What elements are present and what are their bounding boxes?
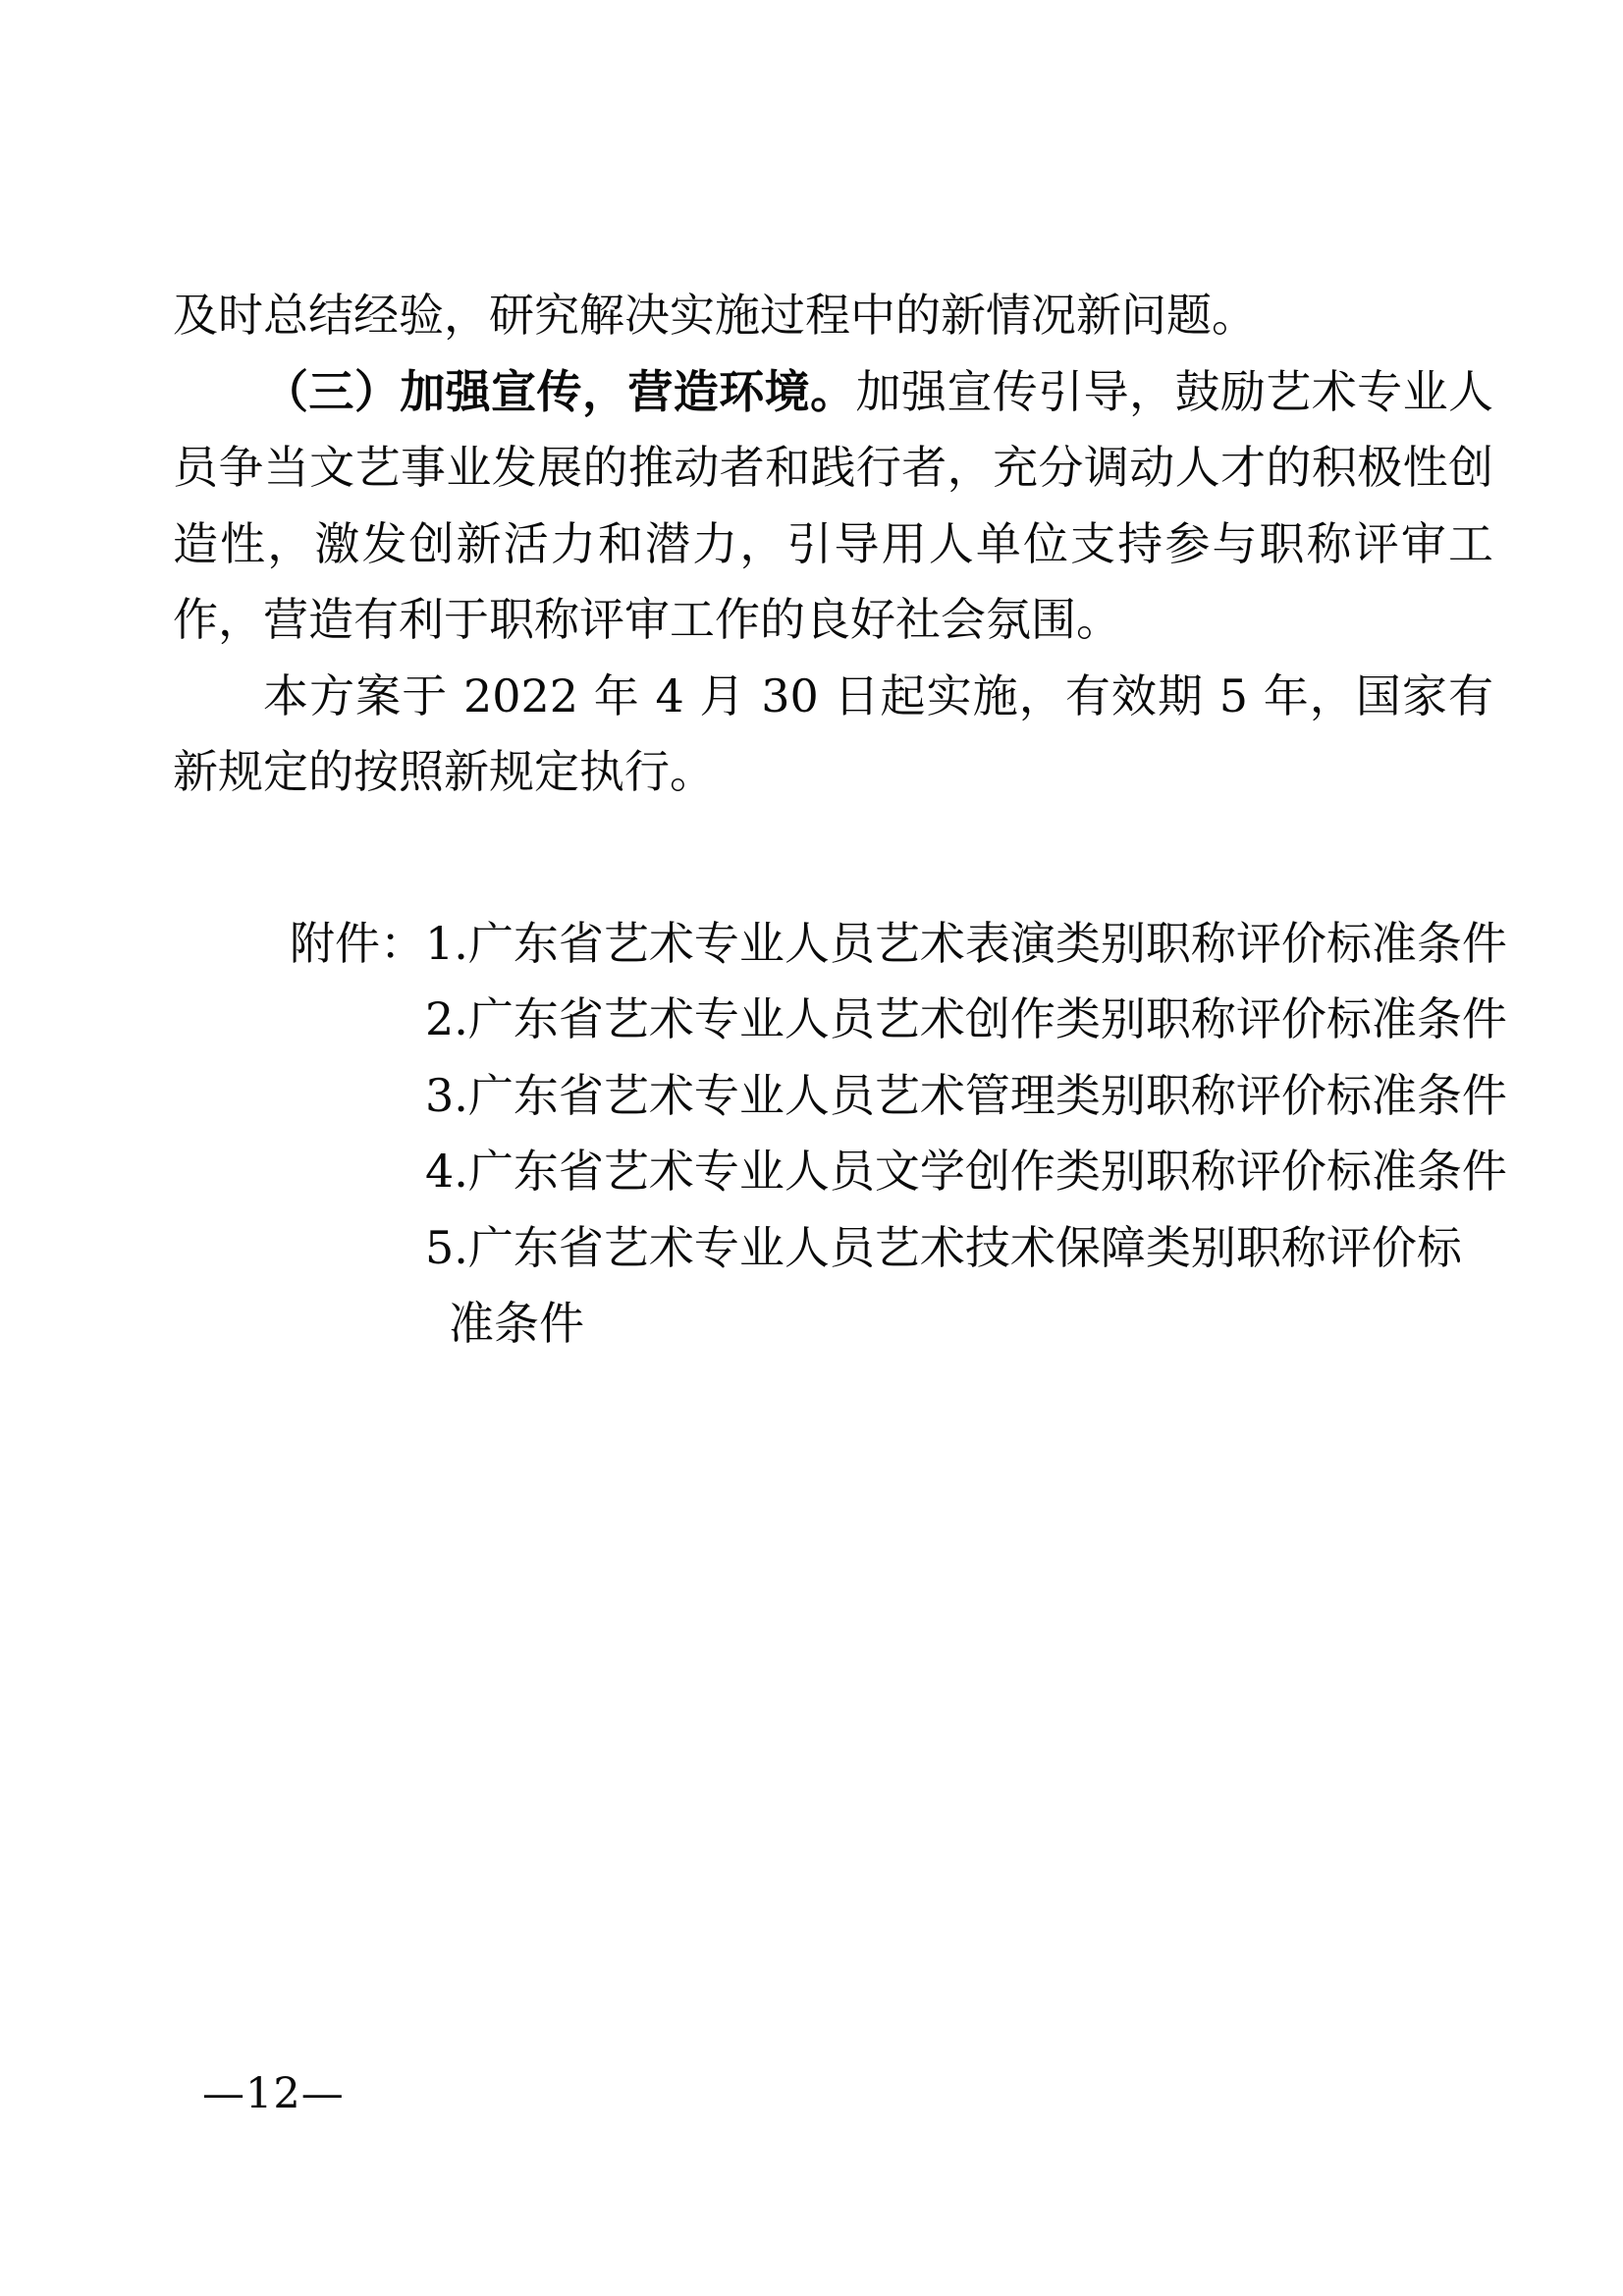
attachment-item-3: 3.广东省艺术专业人员艺术管理类别职称评价标准条件 <box>425 1058 1520 1135</box>
attachments-section: 附件： 1.广东省艺术专业人员艺术表演类别职称评价标准条件 2.广东省艺术专业人… <box>173 906 1493 1362</box>
document-page: 及时总结经验，研究解决实施过程中的新情况新问题。 （三）加强宣传，营造环境。加强… <box>0 0 1623 2296</box>
attachments-list: 1.广东省艺术专业人员艺术表演类别职称评价标准条件 2.广东省艺术专业人员艺术创… <box>425 906 1520 1362</box>
paragraph-conclusion-runover: 及时总结经验，研究解决实施过程中的新情况新问题。 <box>173 278 1493 354</box>
attachment-item-4: 4.广东省艺术专业人员文学创作类别职称评价标准条件 <box>425 1134 1520 1210</box>
section-three-heading: （三）加强宣传，营造环境。 <box>263 365 856 418</box>
document-body: 及时总结经验，研究解决实施过程中的新情况新问题。 （三）加强宣传，营造环境。加强… <box>173 278 1493 1362</box>
attachment-item-5: 5.广东省艺术专业人员艺术技术保障类别职称评价标准条件 <box>425 1210 1469 1362</box>
attachments-label: 附件： <box>290 906 425 983</box>
attachment-item-2: 2.广东省艺术专业人员艺术创作类别职称评价标准条件 <box>425 982 1520 1058</box>
paragraph-effective-date: 本方案于 2022 年 4 月 30 日起实施，有效期 5 年，国家有新规定的按… <box>173 659 1493 811</box>
page-number: —12— <box>202 2069 345 2118</box>
attachment-item-1: 1.广东省艺术专业人员艺术表演类别职称评价标准条件 <box>425 906 1520 983</box>
paragraph-section-three: （三）加强宣传，营造环境。加强宣传引导，鼓励艺术专业人员争当文艺事业发展的推动者… <box>173 354 1493 659</box>
